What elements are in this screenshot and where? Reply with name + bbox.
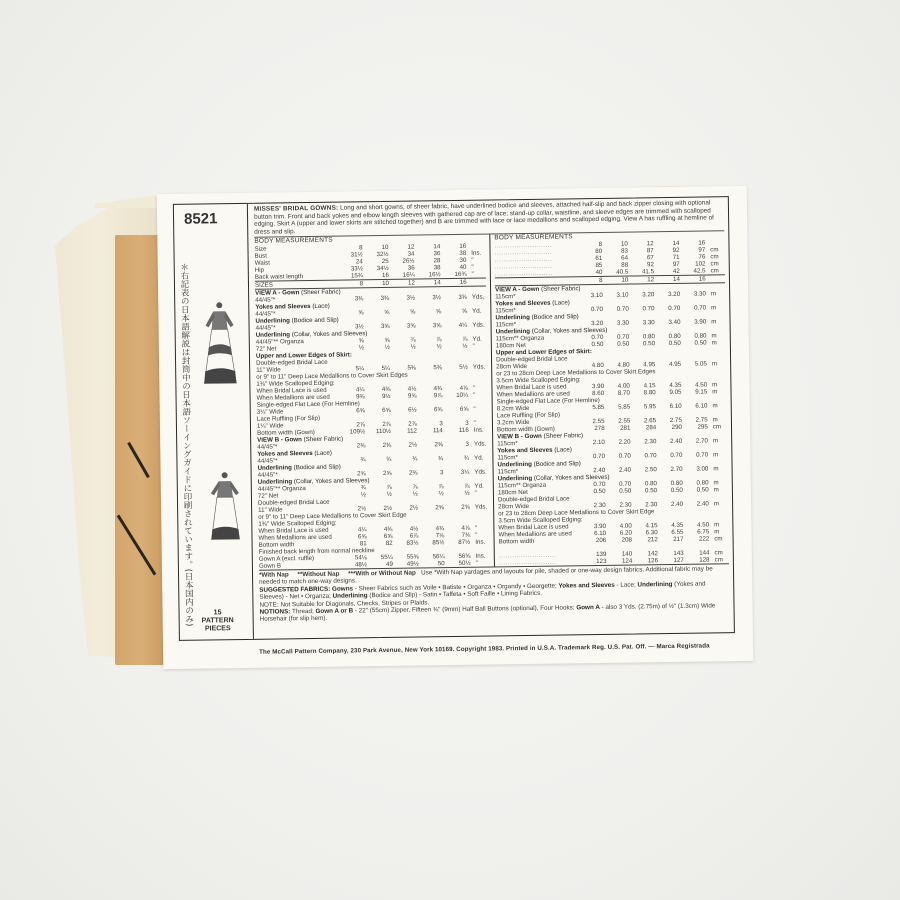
notions-thread: Thread;	[290, 608, 315, 615]
envelope-left-column: 8521 ＊右記表の日本語解説は封筒中の日本語ソーイングガイドに印刷されています…	[174, 204, 254, 640]
cell-value: 5.85	[606, 403, 632, 410]
row-label: When Medallions are used	[258, 533, 342, 541]
cell-value: 8.60	[580, 390, 606, 397]
size-value: 8	[579, 276, 605, 284]
nap-without: **Without Nap	[297, 571, 339, 579]
size-value: 12	[630, 276, 656, 284]
cell-value: 40.5	[604, 268, 630, 276]
cell-value: 10¼	[444, 392, 470, 399]
cell-value: 0.50	[659, 487, 685, 494]
cell-value: 2.40	[658, 438, 684, 445]
suggested-yokes-label: Yokes and Sleeves	[558, 581, 614, 589]
cell-value: 9.15	[683, 388, 709, 395]
cell-value: 290	[658, 424, 684, 431]
cell-value: 2.30	[633, 501, 659, 508]
suggested-gowns-label: Gowns	[332, 585, 353, 592]
view-title-sub: (Sheer Fabric)	[544, 432, 584, 440]
cell-value: 0.70	[659, 452, 685, 459]
cell-value: 0.50	[633, 487, 659, 494]
cell-value: 222	[685, 535, 711, 542]
cell-value: 109½	[341, 428, 367, 435]
cell-value: 2.20	[607, 438, 633, 445]
cell-value: 16¼	[391, 271, 417, 279]
cell-value: 123	[583, 558, 609, 565]
row-heading-bold: Yokes and Sleeves	[255, 303, 310, 311]
cell-value: 2.40	[685, 500, 711, 507]
cell-value: 3.90	[682, 318, 708, 325]
cell-value: 217	[660, 536, 686, 543]
yardage-columns: BODY MEASUREMENTS Size810121416Bust31½32…	[254, 232, 729, 570]
cell-value: 3.10	[605, 291, 631, 298]
marker-line	[117, 515, 157, 576]
row-heading-bold: Yokes and Sleeves	[497, 447, 552, 455]
row-heading-sub: (Bodice and Slip)	[292, 316, 339, 324]
cell-value: 5.95	[632, 403, 658, 410]
japanese-note: ＊右記表の日本語解説は封筒中の日本語ソーイングガイドに印刷されています。(日本国…	[177, 263, 196, 627]
cell-value: 2.40	[659, 501, 685, 508]
suggested-yokes: - Lace;	[615, 581, 638, 588]
cell-unit: Yds.	[472, 503, 489, 510]
row-heading-sub: (Lace)	[314, 450, 332, 457]
view-title-bold: VIEW A - Gown	[495, 286, 539, 294]
cell-value: 127	[660, 557, 686, 564]
row-heading-sub: (Lace)	[554, 446, 572, 453]
gown-b-illustration-icon	[205, 469, 246, 545]
cell-value: 2.70	[684, 437, 710, 444]
cell-value: 2.30	[633, 438, 659, 445]
cell-value: 42	[656, 268, 682, 276]
cell-value: 83½	[395, 539, 421, 546]
suggested-under2-label: Underlining	[333, 592, 368, 599]
cell-value: 0.70	[684, 451, 710, 458]
cell-value: 2.10	[581, 439, 607, 446]
row-label: Gown B	[259, 561, 343, 569]
sizes-unit	[708, 275, 725, 283]
imperial-table: Size810121416Bust31½32½343638Ins.Waist24…	[254, 242, 490, 569]
cell-unit: Yds.	[471, 468, 488, 475]
size-value: 14	[656, 275, 682, 283]
cell-value: 5.05	[683, 360, 709, 367]
row-heading-bold: Yokes and Sleeves	[257, 450, 312, 458]
cell-unit: Yds.	[471, 440, 488, 447]
cell-value: 0.50	[580, 341, 606, 348]
cell-value: 0.70	[607, 452, 633, 459]
cell-value: 0.50	[685, 486, 711, 493]
sizes-unit	[469, 278, 486, 286]
cell-value: 0.50	[631, 340, 657, 347]
view-title-bold: VIEW B - Gown	[257, 436, 302, 444]
cell-value: 8.70	[606, 389, 632, 396]
cell-unit: "	[473, 559, 490, 566]
cell-value: 110½	[367, 428, 393, 435]
gown-a-illustration-icon	[199, 299, 240, 390]
pattern-number: 8521	[184, 210, 218, 227]
size-value: 10	[365, 279, 391, 287]
cell-value: 278	[581, 425, 607, 432]
cell-value: 49	[369, 561, 395, 568]
cell-value: 49½	[395, 560, 421, 567]
cell-value: 0.70	[631, 305, 657, 312]
notions-gown-ab: Gown A or B	[315, 607, 353, 615]
pattern-pieces-count: 15 PATTERN PIECES	[188, 609, 248, 634]
cell-value: 206	[582, 537, 608, 544]
notions-gown-a: Gown A	[576, 604, 600, 611]
cell-value: 0.50	[605, 340, 631, 347]
cell-value: 2.50	[633, 466, 659, 473]
row-heading-sub: (Collar, Yokes and Sleeves)	[292, 330, 368, 338]
cell-value: 42.5	[682, 267, 708, 275]
row-heading-sub: (Lace)	[552, 299, 570, 306]
cell-value: 87½	[446, 539, 472, 546]
view-title-bold: VIEW B - Gown	[497, 433, 542, 441]
cell-unit: Yds.	[469, 321, 486, 328]
row-heading-sub: (Collar, Yokes and Sleeves)	[294, 477, 370, 485]
cell-value: 9.05	[658, 389, 684, 396]
cell-value: 48½	[343, 561, 369, 568]
envelope-frame: 8521 ＊右記表の日本語解説は封筒中の日本語ソーイングガイドに印刷されています…	[173, 196, 735, 641]
cell-value: 0.70	[656, 305, 682, 312]
cell-value: 295	[684, 423, 710, 430]
view-title-sub: (Sheer Fabric)	[301, 288, 341, 296]
cell-value: 208	[608, 536, 634, 543]
notions-label: NOTIONS:	[260, 608, 291, 615]
metric-table: ..........................810121416.....…	[494, 239, 729, 566]
cell-value: 0.70	[581, 453, 607, 460]
pieces-label-2: PIECES	[188, 625, 248, 634]
row-heading-sub: (Lace)	[312, 303, 330, 310]
cell-value: 0.70	[633, 452, 659, 459]
cell-value: 16½	[417, 271, 443, 279]
metric-column: BODY MEASUREMENTS ......................…	[490, 232, 729, 567]
size-value: 8	[339, 280, 365, 288]
row-heading-sub: (Bodice and Slip)	[534, 460, 581, 468]
nap-either: ***With or Without Nap	[348, 569, 416, 577]
cell-value: 0.50	[683, 339, 709, 346]
cell-value: 128	[686, 556, 712, 563]
marker-line	[127, 442, 150, 478]
cell-value: 124	[608, 557, 634, 564]
cell-value: 6.10	[658, 403, 684, 410]
cell-value: 4.95	[657, 361, 683, 368]
row-label: ..........................	[499, 558, 583, 566]
row-heading-bold: Yokes and Sleeves	[495, 300, 550, 308]
row-heading-sub: (Bodice and Slip)	[294, 463, 341, 471]
cell-value: 2.70	[659, 466, 685, 473]
view-title-sub: (Sheer Fabric)	[541, 285, 581, 293]
size-value: 16	[443, 278, 469, 286]
nap-with: *With Nap	[259, 571, 289, 578]
publisher-footer: The McCall Pattern Company, 230 Park Ave…	[259, 642, 710, 655]
envelope-main-content: MISSES' BRIDAL GOWNS: Long and short gow…	[254, 199, 730, 637]
suggested-under1-label: Underlining	[637, 581, 672, 588]
cell-value: 2.40	[607, 466, 633, 473]
cell-value: 0.50	[607, 487, 633, 494]
cell-value: 0.50	[657, 340, 683, 347]
size-value: 14	[417, 279, 443, 287]
view-title-sub: (Sheer Fabric)	[304, 435, 344, 443]
cell-value: 3.40	[657, 319, 683, 326]
cell-value: 5.85	[581, 404, 607, 411]
view-title-bold: VIEW A - Gown	[255, 289, 299, 297]
row-heading-sub: (Bodice and Slip)	[532, 313, 579, 321]
cell-unit: Yds.	[469, 293, 486, 300]
cell-unit: cm	[712, 556, 729, 563]
cell-value: 0.70	[605, 305, 631, 312]
notes-section: *With Nap **Without Nap ***With or Witho…	[259, 563, 730, 623]
pattern-envelope-back: 8521 ＊右記表の日本語解説は封筒中の日本語ソーイングガイドに印刷されています…	[157, 186, 754, 669]
cell-value: 284	[632, 424, 658, 431]
cell-value: 3.30	[605, 319, 631, 326]
row-label: When Medallions are used	[498, 530, 582, 538]
cell-value: 0.70	[579, 306, 605, 313]
cell-value: 3.20	[656, 291, 682, 298]
cell-value: 281	[607, 424, 633, 431]
cell-value: 212	[634, 536, 660, 543]
cell-value: 50	[421, 560, 447, 567]
cell-value: 0.50	[582, 488, 608, 495]
imperial-column: BODY MEASUREMENTS Size810121416Bust31½32…	[254, 235, 495, 570]
size-value: 16	[682, 275, 708, 283]
cell-value: 85½	[420, 539, 446, 546]
cell-value: 126	[634, 557, 660, 564]
cell-value: 3.00	[685, 465, 711, 472]
cell-value: 3.20	[631, 291, 657, 298]
size-value: 12	[391, 279, 417, 287]
cell-value: 8.80	[632, 389, 658, 396]
cell-value: 3.30	[631, 319, 657, 326]
cell-value: 6.10	[684, 402, 710, 409]
cell-unit: Yds.	[470, 363, 487, 370]
cell-value: 3.10	[579, 292, 605, 299]
cell-value: 3.30	[682, 290, 708, 297]
size-value: 10	[605, 276, 631, 284]
cell-value: 0.70	[682, 304, 708, 311]
cell-value: 15¾	[339, 272, 365, 280]
cell-value: 50½	[447, 560, 473, 567]
cell-value: 16¾	[443, 271, 469, 279]
cell-value: 41.5	[630, 268, 656, 276]
